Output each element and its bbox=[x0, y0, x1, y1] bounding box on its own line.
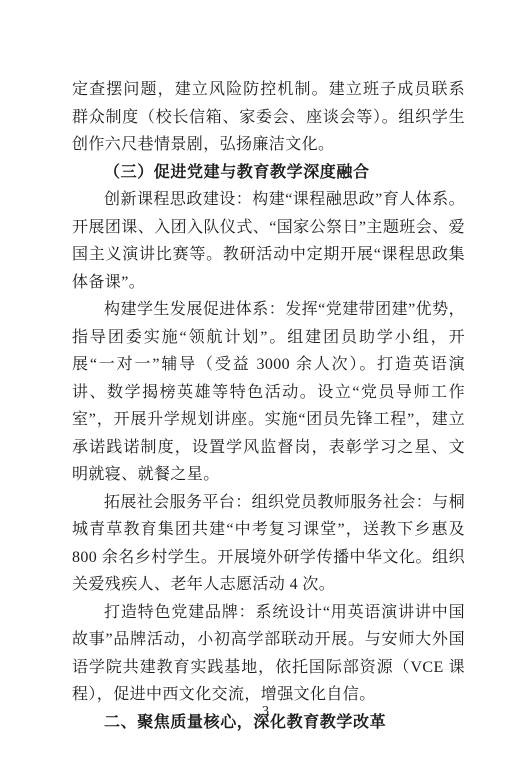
document-body: 定查摆问题，建立风险防控机制。建立班子成员联系群众制度（校长信箱、家委会、座谈会… bbox=[72, 76, 465, 736]
paragraph-continuation: 定查摆问题，建立风险防控机制。建立班子成员联系群众制度（校长信箱、家委会、座谈会… bbox=[72, 76, 465, 159]
document-page: 定查摆问题，建立风险防控机制。建立班子成员联系群众制度（校长信箱、家委会、座谈会… bbox=[0, 0, 531, 768]
paragraph-social-service: 拓展社会服务平台：组织党员教师服务社会：与桐城青草教育集团共建“中考复习课堂”，… bbox=[72, 489, 465, 599]
paragraph-curriculum-ideology: 创新课程思政建设：构建“课程融思政”育人体系。开展团课、入团入队仪式、“国家公祭… bbox=[72, 186, 465, 296]
section-heading-3: （三）促进党建与教育教学深度融合 bbox=[72, 159, 465, 187]
page-number: 3 bbox=[0, 704, 531, 720]
paragraph-party-brand: 打造特色党建品牌：系统设计“用英语演讲讲中国故事”品牌活动，小初高学部联动开展。… bbox=[72, 599, 465, 709]
paragraph-student-development: 构建学生发展促进体系：发挥“党建带团建”优势，指导团委实施“领航计划”。组建团员… bbox=[72, 296, 465, 489]
